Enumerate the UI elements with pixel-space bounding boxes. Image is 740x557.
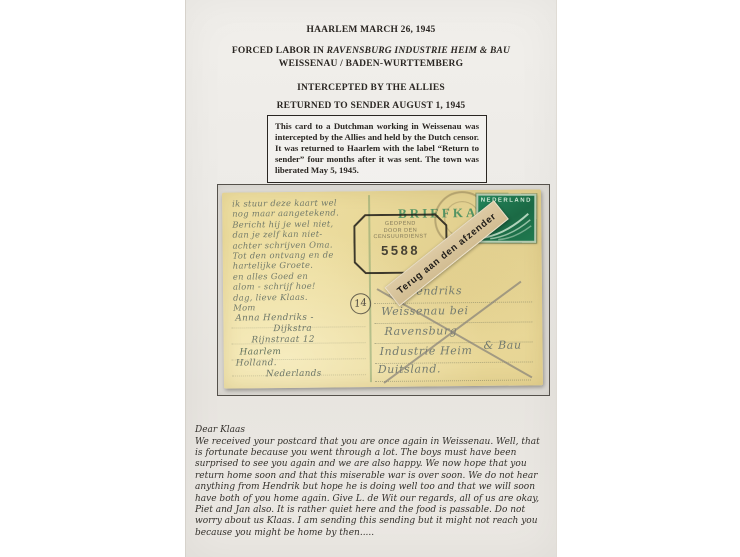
header-title-company: RAVENSBURG INDUSTRIE HEIM & BAU bbox=[327, 46, 510, 56]
sender-block: Anna Hendriks - Dijkstra Rijnstraat 12 H… bbox=[235, 312, 370, 381]
translation-letter: Dear Klaas We received your postcard tha… bbox=[195, 425, 547, 539]
header-location-line: WEISSENAU / BADEN-WURTTEMBERG bbox=[186, 58, 556, 70]
postcard: ik stuur deze kaart wel nog maar aangete… bbox=[222, 189, 543, 388]
header-date-line: HAARLEM MARCH 26, 1945 bbox=[186, 24, 556, 36]
letter-body: We received your postcard that you are o… bbox=[195, 437, 547, 540]
header-returned-line: RETURNED TO SENDER AUGUST 1, 1945 bbox=[186, 100, 556, 112]
caption-box: This card to a Dutchman working in Weiss… bbox=[267, 115, 487, 183]
letter-salutation: Dear Klaas bbox=[195, 425, 547, 437]
header-intercepted-line: INTERCEPTED BY THE ALLIES bbox=[186, 82, 556, 94]
header-title-line: FORCED LABOR IN RAVENSBURG INDUSTRIE HEI… bbox=[186, 45, 556, 57]
exhibit-header: HAARLEM MARCH 26, 1945 FORCED LABOR IN R… bbox=[186, 24, 556, 112]
header-title-prefix: FORCED LABOR IN bbox=[232, 46, 327, 56]
album-page-photo: HAARLEM MARCH 26, 1945 FORCED LABOR IN R… bbox=[185, 0, 557, 557]
stamp-country-label: NEDERLAND bbox=[478, 198, 534, 204]
caption-text: This card to a Dutchman working in Weiss… bbox=[275, 121, 479, 175]
sender-line: Nederlands bbox=[266, 368, 370, 380]
address-block: K. Hendriks Weissenau bei Ravensburg Ind… bbox=[222, 189, 541, 192]
handwritten-message: ik stuur deze kaart wel nog maar aangete… bbox=[232, 197, 367, 313]
postcard-mount-frame: ik stuur deze kaart wel nog maar aangete… bbox=[217, 184, 550, 396]
message-line: Mom bbox=[233, 301, 367, 313]
censor-line: CENSUURDIENST bbox=[353, 233, 447, 240]
